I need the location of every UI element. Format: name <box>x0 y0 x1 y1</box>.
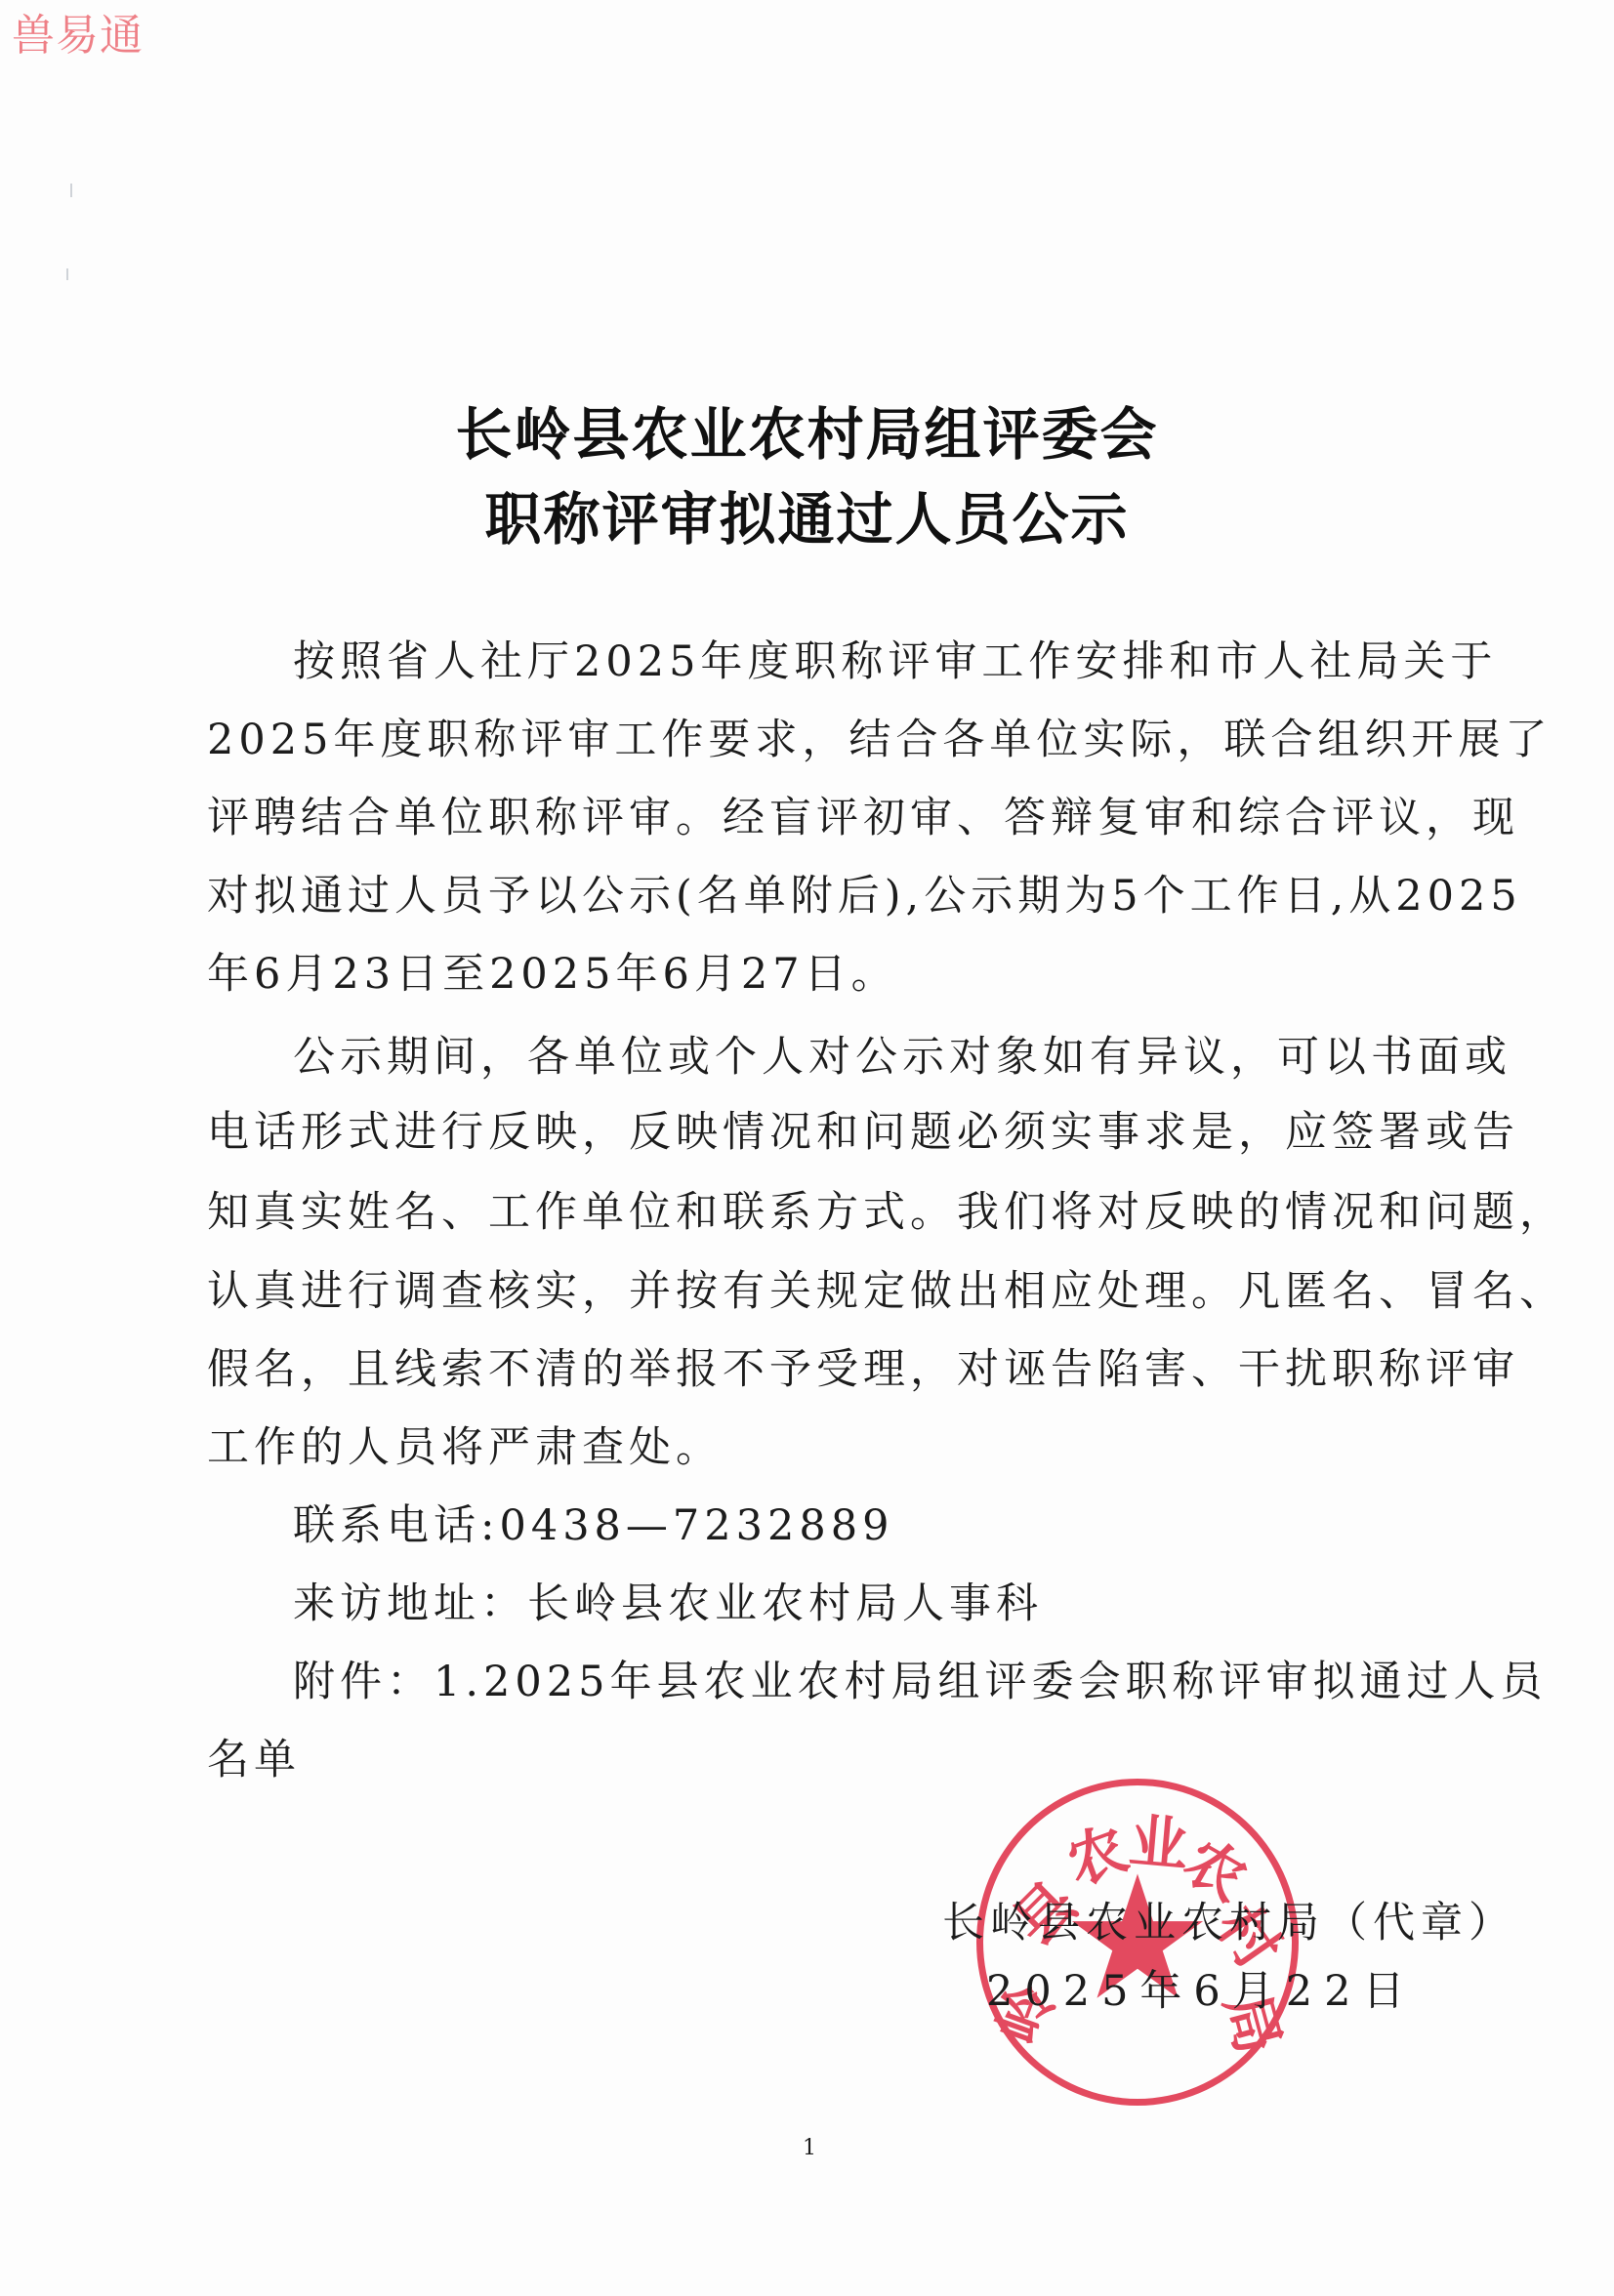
paragraph-1-line-2: 2025年度职称评审工作要求，结合各单位实际，联合组织开展了 <box>207 712 1421 768</box>
page-number: 1 <box>803 2136 816 2160</box>
paragraph-1-line-3: 评聘结合单位职称评审。经盲评初审、答辩复审和综合评议，现 <box>207 790 1421 846</box>
paragraph-2-line-5: 假名，且线索不清的举报不予受理，对诬告陷害、干扰职称评审 <box>207 1341 1421 1398</box>
paragraph-2-line-1: 公示期间，各单位或个人对公示对象如有异议，可以书面或 <box>293 1029 1421 1086</box>
attachment-line-1: 附件：1.2025年县农业农村局组评委会职称评审拟通过人员 <box>293 1654 1421 1710</box>
scan-artifact <box>70 184 72 197</box>
issuer-signature: 长岭县农业农村局（代章） <box>942 1895 1516 1951</box>
paragraph-2-line-2: 电话形式进行反映，反映情况和问题必须实事求是，应签署或告 <box>207 1104 1421 1161</box>
title-line-1: 长岭县农业农村局组评委会 <box>0 389 1614 471</box>
title-line-2: 职称评审拟通过人员公示 <box>0 473 1614 555</box>
paragraph-2-line-6: 工作的人员将严肃查处。 <box>207 1419 723 1476</box>
scan-artifact <box>66 268 68 280</box>
visit-address: 来访地址：长岭县农业农村局人事科 <box>293 1576 1043 1632</box>
paragraph-1-line-1: 按照省人社厅2025年度职称评审工作安排和市人社局关于 <box>293 634 1421 690</box>
watermark: 兽易通 <box>12 0 144 62</box>
paragraph-1-line-5: 年6月23日至2025年6月27日。 <box>207 946 898 1003</box>
contact-phone: 联系电话:0438—7232889 <box>293 1497 893 1554</box>
paragraph-2-line-4: 认真进行调查核实，并按有关规定做出相应处理。凡匿名、冒名、 <box>207 1263 1421 1320</box>
attachment-line-2: 名单 <box>207 1732 301 1788</box>
issue-date: 2025年6月22日 <box>986 1963 1417 2020</box>
paragraph-2-line-3: 知真实姓名、工作单位和联系方式。我们将对反映的情况和问题， <box>207 1184 1421 1241</box>
paragraph-1-line-4: 对拟通过人员予以公示(名单附后),公示期为5个工作日,从2025 <box>207 868 1421 924</box>
